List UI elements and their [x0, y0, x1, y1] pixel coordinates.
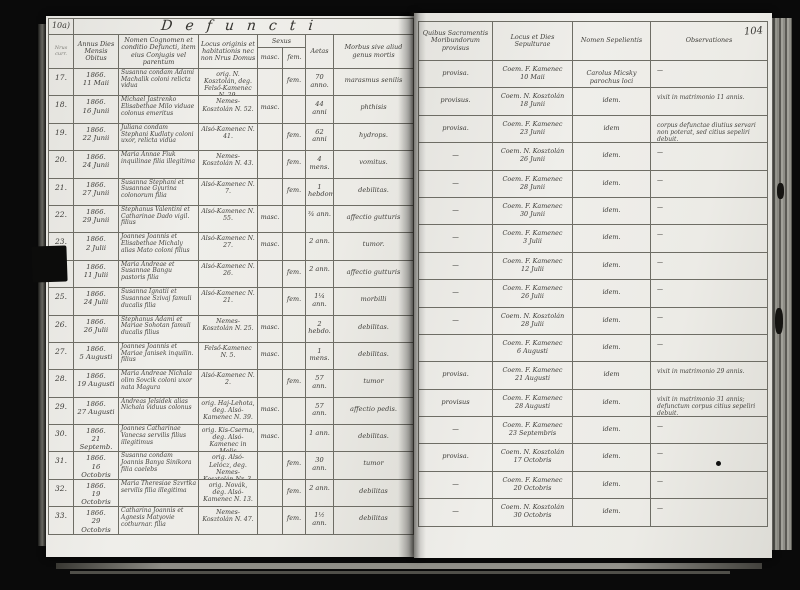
column-header-morbus: Morbus sive aliud genus mortis: [334, 35, 413, 68]
table-row: — Coem. N. Kosztolán 26 Junii idem. —: [419, 143, 767, 170]
table-row: — Coem. F. Kamenec 20 Octobris idem. —: [419, 472, 767, 499]
cell-age: 57 ann.: [306, 398, 334, 424]
cell-deceased-name: Susanna Ignatii et Susannae Szivaj famul…: [119, 288, 199, 314]
cell-burial: Coem. F. Kamenec 23 Septembris: [493, 417, 573, 443]
cell-cause-of-death: debilitas: [334, 507, 413, 533]
cell-burial: Coem. N. Kosztolán 17 Octobris: [493, 444, 573, 470]
cell-sacraments: —: [419, 198, 493, 224]
cell-burial: Coem. F. Kamenec 28 Junii: [493, 171, 573, 197]
table-title: Defuncti: [73, 19, 414, 34]
cell-place: Nemes-Kosztolán N. 47.: [199, 507, 258, 533]
page-edge-blotch: [777, 183, 784, 199]
table-row: 29. 1866. 27 Augusti Andreas Jelsidek al…: [49, 398, 413, 425]
column-header-fem: fem.: [283, 48, 306, 68]
cell-sacraments: —: [419, 499, 493, 525]
table-row: 31. 1866. 16 Octobris Susanna condam Joa…: [49, 452, 413, 479]
cell-observations: —: [651, 472, 767, 498]
cell-deceased-name: Susanna Stephani et Susannae Gyurina col…: [119, 179, 199, 205]
cell-death-date: 1866. 26 Julii: [74, 316, 119, 342]
cell-deceased-name: Michael Jastrenko Elisabethae Milo vidua…: [119, 96, 199, 122]
cell-age: 1 hebdom.: [306, 179, 334, 205]
cell-place: Alsó-Kamenec N. 21.: [199, 288, 258, 314]
cell-sepeliens: idem.: [573, 171, 651, 197]
table-body-left: 17. 1866. 11 Maii Susanna condam Adami M…: [49, 69, 413, 534]
ink-dot: [716, 461, 721, 466]
table-row: — Coem. F. Kamenec 3 Julii idem. —: [419, 225, 767, 252]
cell-place: Alsó-Kamenec N. 27.: [199, 233, 258, 259]
cell-age: 70 anno.: [306, 69, 334, 95]
cell-sacraments: provisa.: [419, 444, 493, 470]
table-row: provisa. Coem. F. Kamenec 23 Junii idem …: [419, 116, 767, 143]
cell-sepeliens: idem.: [573, 143, 651, 169]
table-row: — Coem. F. Kamenec 30 Junii idem. —: [419, 198, 767, 225]
table-row: — Coem. N. Kosztolán 28 Julii idem. —: [419, 308, 767, 335]
cell-observations: —: [651, 499, 767, 525]
cell-burial: Coem. N. Kosztolán 26 Junii: [493, 143, 573, 169]
cell-cause-of-death: affectio gutturis: [334, 261, 413, 287]
cell-age: 2 ann.: [306, 261, 334, 287]
cell-sepeliens: idem.: [573, 225, 651, 251]
column-header-name: Nomen Cognomen et conditio Defuncti, ite…: [119, 35, 199, 68]
cell-deceased-name: Andreas Jelsidek alias Nichala viduus co…: [119, 398, 199, 424]
cell-entry-number: 19.: [49, 124, 74, 150]
cell-sepeliens: idem.: [573, 308, 651, 334]
cell-observations: vixit in matrimonio 29 annis.: [651, 362, 767, 388]
table-body-right: provisa. Coem. F. Kamenec 10 Maii Carolu…: [419, 61, 767, 526]
cell-burial: Coem. F. Kamenec 12 Julii: [493, 253, 573, 279]
cell-sex-masc: [258, 288, 283, 314]
bottom-page-stack-edge: [56, 563, 762, 569]
cell-sex-fem: fem.: [283, 452, 306, 478]
cell-burial: Coem. F. Kamenec 20 Octobris: [493, 472, 573, 498]
cell-cause-of-death: tumor: [334, 370, 413, 396]
table-row: 32. 1866. 19 Octobris Maria Theresiae Sz…: [49, 480, 413, 507]
table-row: provisa. Coem. F. Kamenec 10 Maii Carolu…: [419, 61, 767, 88]
cell-sacraments: —: [419, 225, 493, 251]
cell-deceased-name: Catharina Joannis et Agnesis Matyovie co…: [119, 507, 199, 533]
cell-place: orig. Novák, deg. Alsó-Kamenec N. 13.: [199, 480, 258, 506]
cell-sacraments: provisa.: [419, 61, 493, 87]
cell-entry-number: 22.: [49, 206, 74, 232]
deaths-table: 10a) Defuncti Nrus curr. Annus Dies Mens…: [48, 18, 414, 535]
cell-age: 2 ann.: [306, 233, 334, 259]
cell-sex-masc: masc.: [258, 316, 283, 342]
cell-place: orig. N. Kosztolán, deg. Felső-Kamenec N…: [199, 69, 258, 95]
cell-deceased-name: Joannes Joannis et Mariae Janisek inquil…: [119, 343, 199, 369]
cell-burial: Coem. F. Kamenec 6 Augusti: [493, 335, 573, 361]
column-header-sacraments: Quibus Sacramentis Moribundorum provisus: [419, 22, 493, 60]
page-number: 104: [744, 25, 764, 37]
cell-age: 1¼ ann.: [306, 288, 334, 314]
cell-cause-of-death: debilitas.: [334, 179, 413, 205]
table-row: provisa. Coem. N. Kosztolán 17 Octobris …: [419, 444, 767, 471]
table-row: 23. 1866. 2 Julii Joannes Joannis et Eli…: [49, 233, 413, 260]
cell-observations: —: [651, 308, 767, 334]
table-row: 30. 1866. 21 Septemb. Joannes Catharinae…: [49, 425, 413, 452]
cell-sacraments: provisa.: [419, 362, 493, 388]
cell-cause-of-death: debilitas: [334, 480, 413, 506]
cell-deceased-name: Susanna condam Adami Machalik coloni rel…: [119, 69, 199, 95]
table-row: 18. 1866. 16 Junii Michael Jastrenko Eli…: [49, 96, 413, 123]
cell-sex-masc: masc.: [258, 96, 283, 122]
cell-place: Nemes-Kosztolán N. 25.: [199, 316, 258, 342]
cell-age: 57 ann.: [306, 370, 334, 396]
cell-place: Felső-Kamenec N. 5.: [199, 343, 258, 369]
cell-sex-fem: [283, 206, 306, 232]
cell-entry-number: 30.: [49, 425, 74, 451]
cell-observations: —: [651, 335, 767, 361]
cell-sex-masc: masc.: [258, 233, 283, 259]
table-row: 33. 1866. 29 Octobris Catharina Joannis …: [49, 507, 413, 533]
cell-observations: —: [651, 280, 767, 306]
cell-death-date: 1866. 5 Augusti: [74, 343, 119, 369]
cell-sex-fem: fem.: [283, 261, 306, 287]
table-row: 22. 1866. 29 Junii Stephanus Valentini e…: [49, 206, 413, 233]
cell-sepeliens: idem.: [573, 472, 651, 498]
cell-death-date: 1866. 19 Octobris: [74, 480, 119, 506]
cell-death-date: 1866. 21 Septemb.: [74, 425, 119, 451]
table-row: 28. 1866. 19 Augusti Maria Andreae Nicha…: [49, 370, 413, 397]
cell-entry-number: 20.: [49, 151, 74, 177]
cell-sacraments: —: [419, 253, 493, 279]
cell-cause-of-death: debilitas.: [334, 343, 413, 369]
cell-sacraments: provisa.: [419, 116, 493, 142]
cell-deceased-name: Joannes Joannis et Elisabethae Michaly a…: [119, 233, 199, 259]
table-row: provisus. Coem. N. Kosztolán 18 Junii id…: [419, 88, 767, 115]
cell-death-date: 1866. 22 Junii: [74, 124, 119, 150]
cell-sacraments: [419, 335, 493, 361]
cell-sepeliens: idem: [573, 362, 651, 388]
cell-deceased-name: Juliana condam Stephani Kudlaty coloni u…: [119, 124, 199, 150]
table-row: — Coem. F. Kamenec 23 Septembris idem. —: [419, 417, 767, 444]
cell-death-date: 1866. 16 Octobris: [74, 452, 119, 478]
table-row: — Coem. F. Kamenec 28 Junii idem. —: [419, 171, 767, 198]
cell-sex-masc: masc.: [258, 425, 283, 451]
cell-entry-number: 33.: [49, 507, 74, 533]
cell-cause-of-death: debilitas.: [334, 316, 413, 342]
cell-observations: —: [651, 143, 767, 169]
cell-burial: Coem. F. Kamenec 3 Julii: [493, 225, 573, 251]
bottom-page-stack-edge: [70, 571, 730, 574]
cell-deceased-name: Maria Andreae Nichala olim Sovcik coloni…: [119, 370, 199, 396]
cell-place: Alsó-Kamenec N. 2.: [199, 370, 258, 396]
cell-age: 62 anni: [306, 124, 334, 150]
cell-entry-number: 27.: [49, 343, 74, 369]
table-row: — Coem. F. Kamenec 26 Julii idem. —: [419, 280, 767, 307]
cell-sex-fem: fem.: [283, 179, 306, 205]
table-header-row: Nrus curr. Annus Dies Mensis Obitus Nome…: [49, 35, 413, 69]
cell-cause-of-death: affectio gutturis: [334, 206, 413, 232]
page-corner-note: 10a): [49, 19, 74, 34]
cell-sepeliens: idem: [573, 116, 651, 142]
cell-sex-fem: fem.: [283, 507, 306, 533]
cell-age: 2 ann.: [306, 480, 334, 506]
page-edge-blotch: [775, 308, 783, 334]
cell-deceased-name: Joannes Catharinae Vanecsa servilis fili…: [119, 425, 199, 451]
column-header-observations: Observationes 104: [651, 22, 767, 60]
table-row: 17. 1866. 11 Maii Susanna condam Adami M…: [49, 69, 413, 96]
cell-sacraments: —: [419, 143, 493, 169]
cell-sacraments: provisus.: [419, 88, 493, 114]
table-row: 26. 1866. 26 Julii Stephanus Adami et Ma…: [49, 316, 413, 343]
cell-sepeliens: idem.: [573, 253, 651, 279]
cell-place: Alsó-Kamenec N. 7.: [199, 179, 258, 205]
register-page-left: 10a) Defuncti Nrus curr. Annus Dies Mens…: [46, 16, 418, 557]
cell-cause-of-death: tumor.: [334, 233, 413, 259]
cell-sepeliens: idem.: [573, 88, 651, 114]
cell-place: orig. Haj-Lehota, deg. Alsó-Kamenec N. 3…: [199, 398, 258, 424]
cell-sex-fem: [283, 425, 306, 451]
cell-sacraments: —: [419, 472, 493, 498]
table-row: provisa. Coem. F. Kamenec 21 Augusti ide…: [419, 362, 767, 389]
cell-age: 30 ann.: [306, 452, 334, 478]
cell-age: 1½ ann.: [306, 507, 334, 533]
cell-sepeliens: Carolus Micsky parochus loci: [573, 61, 651, 87]
cell-sex-masc: [258, 261, 283, 287]
cell-burial: Coem. F. Kamenec 23 Junii: [493, 116, 573, 142]
cell-sex-fem: [283, 96, 306, 122]
cell-deceased-name: Maria Annae Fiuk inquilinae filia illegi…: [119, 151, 199, 177]
cell-deceased-name: Stephanus Valentini et Catharinae Dado v…: [119, 206, 199, 232]
cell-cause-of-death: marasmus senilis: [334, 69, 413, 95]
cell-sex-masc: masc.: [258, 398, 283, 424]
table-row: 24. 1866. 11 Julii Maria Andreae et Susa…: [49, 261, 413, 288]
cell-entry-number: 21.: [49, 179, 74, 205]
cell-observations: vixit in matrimonio 11 annis.: [651, 88, 767, 114]
cell-sepeliens: idem.: [573, 335, 651, 361]
cell-sex-fem: [283, 316, 306, 342]
column-header-number: Nrus curr.: [49, 35, 74, 68]
table-row: 20. 1866. 24 Junii Maria Annae Fiuk inqu…: [49, 151, 413, 178]
cell-observations: corpus defunctae diutius servari non pot…: [651, 116, 767, 142]
cell-death-date: 1866. 11 Julii: [74, 261, 119, 287]
table-row: 25. 1866. 24 Julii Susanna Ignatii et Su…: [49, 288, 413, 315]
cell-cause-of-death: tumor: [334, 452, 413, 478]
cell-deceased-name: Susanna condam Joannis Banya Sinikora fi…: [119, 452, 199, 478]
cell-death-date: 1866. 24 Junii: [74, 151, 119, 177]
cell-death-date: 1866. 2 Julii: [74, 233, 119, 259]
cell-sex-fem: fem.: [283, 151, 306, 177]
cell-sex-fem: fem.: [283, 370, 306, 396]
cell-burial: Coem. N. Kosztolán 18 Junii: [493, 88, 573, 114]
cell-place: Alsó-Kamenec N. 55.: [199, 206, 258, 232]
cell-sacraments: —: [419, 280, 493, 306]
column-header-place: Locus originis et habitationis nec non N…: [199, 35, 258, 68]
cell-sex-fem: [283, 398, 306, 424]
cell-sex-masc: [258, 179, 283, 205]
cell-cause-of-death: affectio pedis.: [334, 398, 413, 424]
cell-death-date: 1866. 24 Julii: [74, 288, 119, 314]
cell-deceased-name: Stephanus Adami et Mariae Sohotan famuli…: [119, 316, 199, 342]
table-row: — Coem. N. Kosztolán 30 Octobris idem. —: [419, 499, 767, 525]
cell-entry-number: 29.: [49, 398, 74, 424]
cell-sex-fem: fem.: [283, 480, 306, 506]
cell-place: orig. Alsó-Lelócz, deg. Nemes-Kosztolán …: [199, 452, 258, 478]
cell-sepeliens: idem.: [573, 280, 651, 306]
cell-sex-masc: [258, 507, 283, 533]
cell-sex-masc: masc.: [258, 343, 283, 369]
column-header-burial: Locus et Dies Sepulturae: [493, 22, 573, 60]
cell-age: 1 ann.: [306, 425, 334, 451]
scanned-register-spread: 10a) Defuncti Nrus curr. Annus Dies Mens…: [0, 0, 800, 590]
burial-table: Quibus Sacramentis Moribundorum provisus…: [418, 21, 768, 527]
cell-sacraments: —: [419, 171, 493, 197]
cell-sacraments: —: [419, 308, 493, 334]
cell-sex-masc: [258, 370, 283, 396]
cell-cause-of-death: morbilli: [334, 288, 413, 314]
cell-death-date: 1866. 29 Junii: [74, 206, 119, 232]
cell-place: Alsó-Kamenec N. 41.: [199, 124, 258, 150]
table-row: 19. 1866. 22 Junii Juliana condam Stepha…: [49, 124, 413, 151]
cell-sex-masc: [258, 151, 283, 177]
cell-observations: vixit in matrimonio 31 annis; defunctum …: [651, 390, 767, 416]
cell-death-date: 1866. 19 Augusti: [74, 370, 119, 396]
cell-entry-number: 17.: [49, 69, 74, 95]
cell-burial: Coem. F. Kamenec 21 Augusti: [493, 362, 573, 388]
column-header-date: Annus Dies Mensis Obitus: [74, 35, 119, 68]
cell-observations: —: [651, 417, 767, 443]
cell-sacraments: —: [419, 417, 493, 443]
cell-death-date: 1866. 27 Junii: [74, 179, 119, 205]
cell-cause-of-death: phthisis: [334, 96, 413, 122]
table-header-row: Quibus Sacramentis Moribundorum provisus…: [419, 22, 767, 61]
cell-observations: —: [651, 253, 767, 279]
cell-entry-number: 31.: [49, 452, 74, 478]
cell-sex-masc: [258, 480, 283, 506]
cell-sepeliens: idem.: [573, 417, 651, 443]
cell-observations: —: [651, 61, 767, 87]
cell-age: 1 mens.: [306, 343, 334, 369]
register-page-right: Quibus Sacramentis Moribundorum provisus…: [414, 13, 772, 558]
table-row: provisus Coem. F. Kamenec 28 Augusti ide…: [419, 390, 767, 417]
left-page-edge: [38, 24, 46, 546]
cell-sex-fem: fem.: [283, 124, 306, 150]
cell-sepeliens: idem.: [573, 390, 651, 416]
cell-sex-masc: [258, 452, 283, 478]
cell-observations: —: [651, 225, 767, 251]
cell-entry-number: 32.: [49, 480, 74, 506]
cell-cause-of-death: debilitas.: [334, 425, 413, 451]
table-title-band: 10a) Defuncti: [49, 19, 413, 35]
cell-age: ¾ ann.: [306, 206, 334, 232]
cell-sex-fem: fem.: [283, 69, 306, 95]
column-header-masc: masc.: [258, 48, 283, 68]
cell-death-date: 1866. 29 Octobris: [74, 507, 119, 533]
cell-sepeliens: idem.: [573, 444, 651, 470]
cell-burial: Coem. F. Kamenec 26 Julii: [493, 280, 573, 306]
cell-burial: Coem. N. Kosztolán 28 Julii: [493, 308, 573, 334]
table-row: 21. 1866. 27 Junii Susanna Stephani et S…: [49, 179, 413, 206]
cell-sex-masc: masc.: [258, 206, 283, 232]
cell-burial: Coem. F. Kamenec 10 Maii: [493, 61, 573, 87]
cell-age: 4 mens.: [306, 151, 334, 177]
cell-entry-number: 18.: [49, 96, 74, 122]
cell-burial: Coem. F. Kamenec 28 Augusti: [493, 390, 573, 416]
cell-sepeliens: idem.: [573, 499, 651, 525]
cell-entry-number: 25.: [49, 288, 74, 314]
cell-sex-fem: fem.: [283, 288, 306, 314]
cell-entry-number: 28.: [49, 370, 74, 396]
column-header-aetas: Aetas: [306, 35, 334, 68]
cell-observations: —: [651, 171, 767, 197]
table-row: 27. 1866. 5 Augusti Joannes Joannis et M…: [49, 343, 413, 370]
cell-sacraments: provisus: [419, 390, 493, 416]
cell-age: 2 hebdo.: [306, 316, 334, 342]
cell-sex-masc: [258, 124, 283, 150]
cell-place: Nemes-Kosztolán N. 52.: [199, 96, 258, 122]
cell-place: Alsó-Kamenec N. 26.: [199, 261, 258, 287]
cell-age: 44 anni: [306, 96, 334, 122]
cell-observations: —: [651, 444, 767, 470]
column-header-sexus: Sexus masc. fem.: [258, 35, 306, 68]
cell-death-date: 1866. 11 Maii: [74, 69, 119, 95]
cell-cause-of-death: vomitus.: [334, 151, 413, 177]
cell-cause-of-death: hydrops.: [334, 124, 413, 150]
cell-sex-fem: [283, 343, 306, 369]
cell-deceased-name: Maria Andreae et Susannae Bangu pastoris…: [119, 261, 199, 287]
cell-burial: Coem. N. Kosztolán 30 Octobris: [493, 499, 573, 525]
cell-place: orig. Kis-Cserna, deg. Alsó-Kamenec in M…: [199, 425, 258, 451]
cell-sex-masc: [258, 69, 283, 95]
table-row: — Coem. F. Kamenec 12 Julii idem. —: [419, 253, 767, 280]
cell-place: Nemes-Kosztolán N. 43.: [199, 151, 258, 177]
cell-death-date: 1866. 16 Junii: [74, 96, 119, 122]
cell-sepeliens: idem.: [573, 198, 651, 224]
ink-blot: [31, 245, 67, 282]
right-page-stack-edge: [771, 18, 792, 550]
cell-burial: Coem. F. Kamenec 30 Junii: [493, 198, 573, 224]
cell-observations: —: [651, 198, 767, 224]
column-header-sepeliens: Nomen Sepelientis: [573, 22, 651, 60]
cell-sex-fem: [283, 233, 306, 259]
cell-death-date: 1866. 27 Augusti: [74, 398, 119, 424]
cell-deceased-name: Maria Theresiae Szvrtka servilis filia i…: [119, 480, 199, 506]
table-row: Coem. F. Kamenec 6 Augusti idem. —: [419, 335, 767, 362]
cell-entry-number: 26.: [49, 316, 74, 342]
